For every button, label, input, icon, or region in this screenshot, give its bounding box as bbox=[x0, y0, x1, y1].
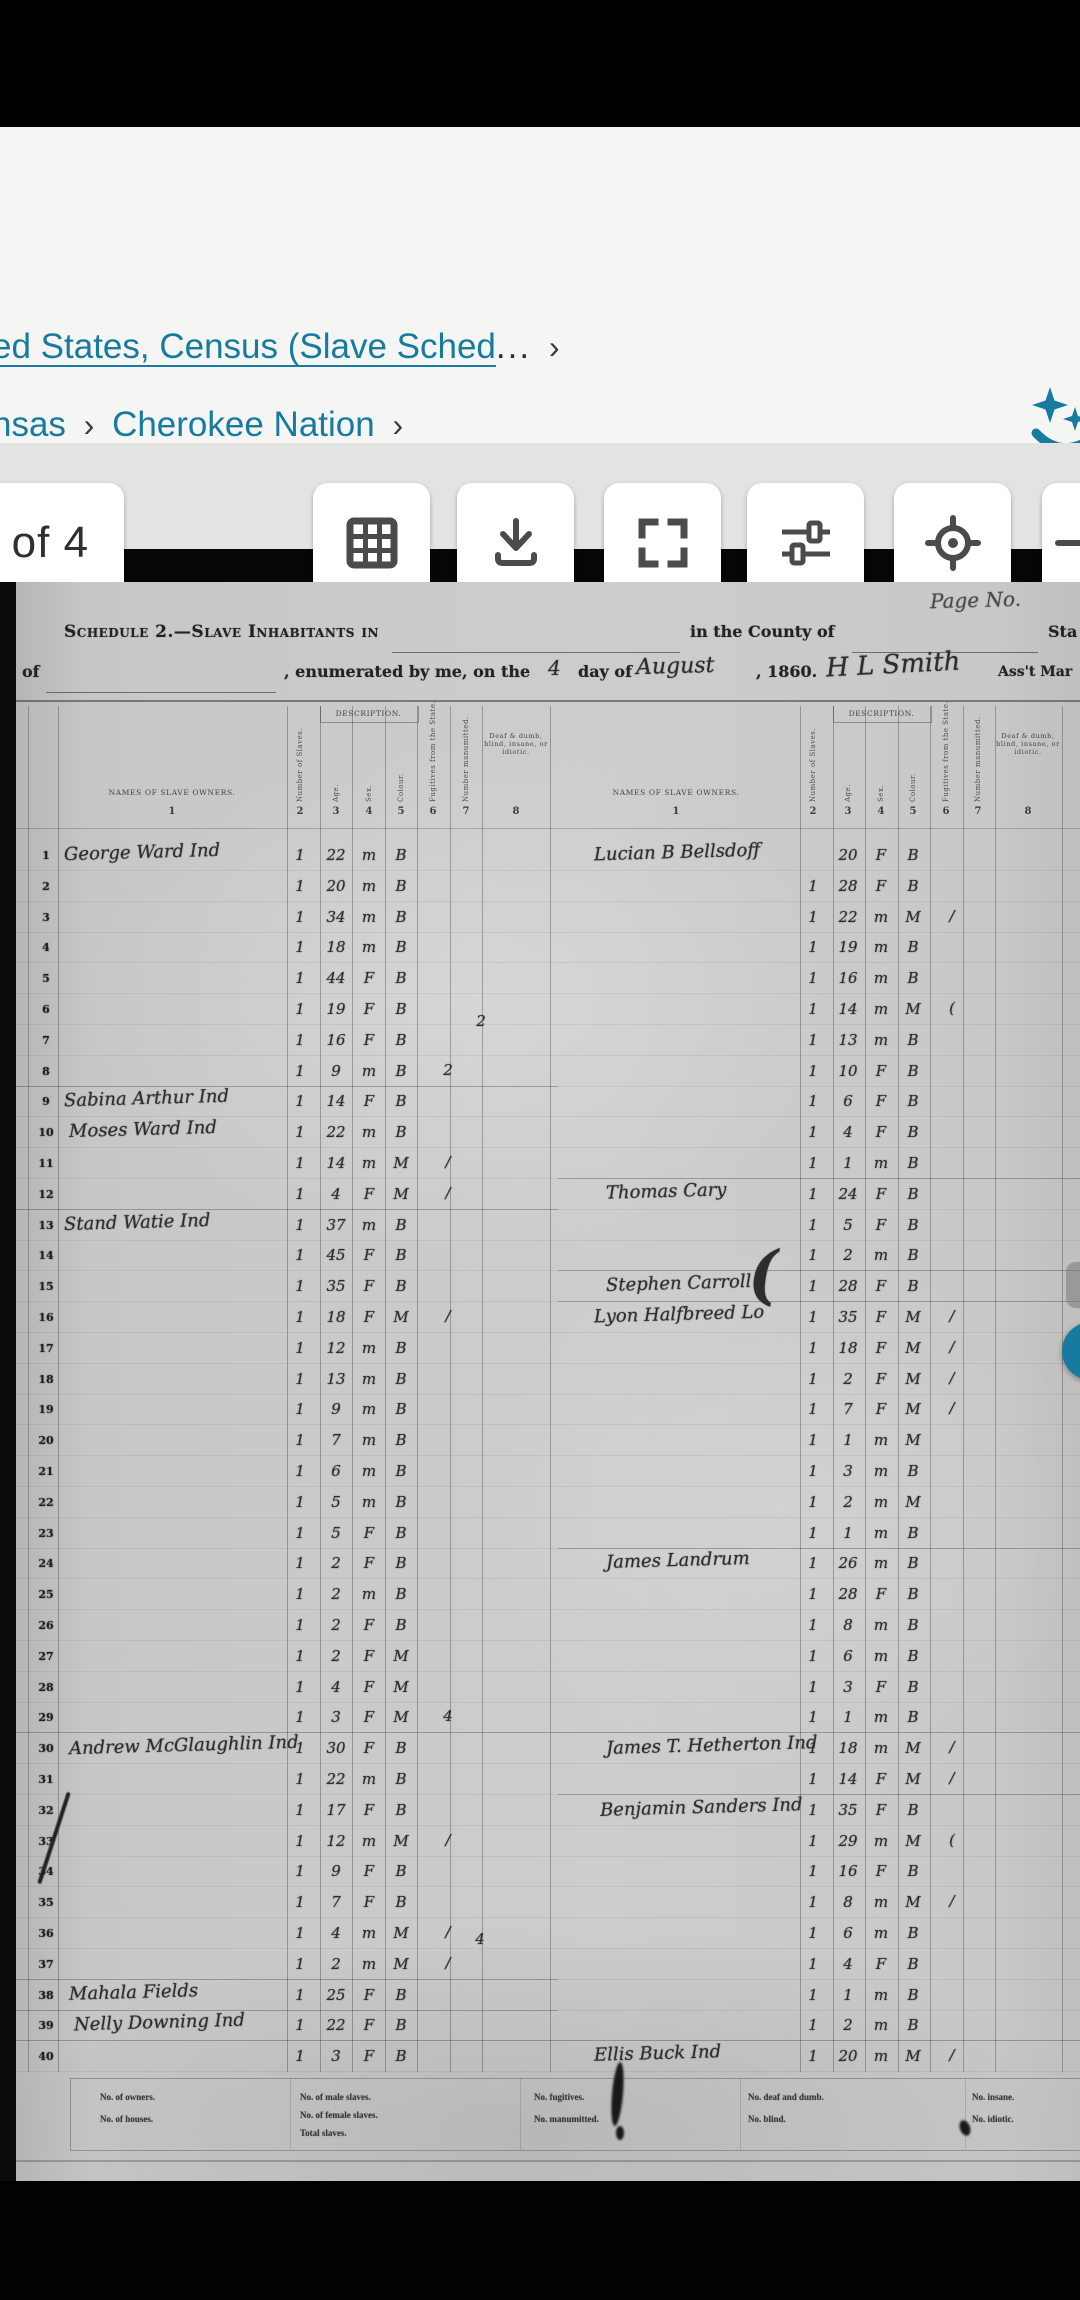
age-value: 4 bbox=[331, 1924, 341, 1942]
slave-entry-row bbox=[558, 1210, 1080, 1241]
age-value: 6 bbox=[843, 1647, 853, 1665]
age-value: 13 bbox=[326, 1370, 345, 1388]
row-number: 1 bbox=[42, 849, 50, 862]
color-value: M bbox=[393, 1647, 408, 1665]
color-value: M bbox=[905, 1493, 920, 1511]
sex-value: m bbox=[362, 1062, 376, 1080]
tally-mark: 1 bbox=[808, 1493, 818, 1511]
sex-value: m bbox=[874, 1616, 888, 1634]
age-value: 8 bbox=[843, 1616, 853, 1634]
county-label: in the County of bbox=[690, 622, 835, 641]
sex-value: F bbox=[364, 969, 374, 987]
age-value: 6 bbox=[843, 1924, 853, 1942]
color-value: M bbox=[393, 1924, 408, 1942]
row-number: 7 bbox=[42, 1034, 50, 1047]
color-value: B bbox=[395, 1031, 406, 1049]
footer-box-bottom bbox=[70, 2150, 1080, 2151]
slave-entry-row bbox=[16, 1148, 558, 1179]
breadcrumb-chevron-icon: › bbox=[384, 407, 411, 443]
tally-mark: 1 bbox=[295, 1616, 305, 1634]
row-number: 22 bbox=[38, 1496, 53, 1509]
extra-mark: 4 bbox=[443, 1707, 453, 1725]
age-value: 3 bbox=[843, 1462, 853, 1480]
footer-label: No. insane. bbox=[972, 2092, 1014, 2102]
tally-mark: 1 bbox=[808, 1000, 818, 1018]
slave-entry-row bbox=[558, 1240, 1080, 1271]
owner-name: Mahala Fields bbox=[69, 1980, 199, 2005]
sex-value: m bbox=[874, 1000, 888, 1018]
extra-mark: / bbox=[949, 1892, 954, 1910]
sex-value: F bbox=[364, 1616, 374, 1634]
slave-entry-row bbox=[558, 1487, 1080, 1518]
tally-mark: 1 bbox=[295, 1154, 305, 1172]
color-value: B bbox=[395, 1277, 406, 1295]
row-number: 39 bbox=[38, 2019, 53, 2032]
column-number: 7 bbox=[463, 806, 470, 817]
slave-entry-row bbox=[558, 1518, 1080, 1549]
slave-entry-row bbox=[558, 1148, 1080, 1179]
row-number: 24 bbox=[38, 1557, 53, 1570]
color-value: B bbox=[907, 877, 918, 895]
color-value: B bbox=[907, 1647, 918, 1665]
tally-mark: 1 bbox=[295, 1246, 305, 1264]
extra-mark: ( bbox=[949, 999, 955, 1017]
sex-value: m bbox=[362, 1832, 376, 1850]
slave-entry-row bbox=[16, 1672, 558, 1703]
state-label: Sta bbox=[1048, 622, 1077, 641]
slave-entry-row bbox=[558, 1672, 1080, 1703]
age-value: 45 bbox=[326, 1246, 345, 1264]
tally-mark: 1 bbox=[808, 1370, 818, 1388]
age-value: 8 bbox=[843, 1893, 853, 1911]
row-number: 11 bbox=[38, 1157, 53, 1170]
color-value: B bbox=[907, 1277, 918, 1295]
tally-mark: 1 bbox=[295, 1400, 305, 1418]
column-number: 4 bbox=[366, 806, 373, 817]
sex-value: m bbox=[874, 1493, 888, 1511]
age-value: 35 bbox=[838, 1308, 857, 1326]
column-label-rotated: Number of Slaves. bbox=[809, 724, 817, 802]
age-value: 20 bbox=[838, 846, 857, 864]
slave-entry-row bbox=[16, 1610, 558, 1641]
row-number: 9 bbox=[42, 1095, 50, 1108]
sex-value: F bbox=[876, 1585, 886, 1603]
color-value: B bbox=[907, 1616, 918, 1634]
tally-mark: 1 bbox=[295, 1739, 305, 1757]
tally-mark: 1 bbox=[808, 1277, 818, 1295]
tally-mark: 1 bbox=[808, 969, 818, 987]
color-value: M bbox=[393, 1955, 408, 1973]
age-value: 20 bbox=[326, 877, 345, 895]
slave-entry-row bbox=[16, 1056, 558, 1087]
page-bottom-rule bbox=[16, 2160, 1080, 2162]
tally-mark: 1 bbox=[295, 2047, 305, 2065]
sex-value: m bbox=[874, 938, 888, 956]
description-header: DESCRIPTION. bbox=[335, 709, 403, 718]
breadcrumb-link-state[interactable]: nsas bbox=[0, 405, 66, 444]
color-value: M bbox=[393, 1678, 408, 1696]
age-value: 4 bbox=[843, 1123, 853, 1141]
tally-mark: 1 bbox=[808, 1678, 818, 1696]
age-value: 5 bbox=[331, 1524, 341, 1542]
marshal-label: Ass't Mar bbox=[998, 664, 1072, 680]
color-value: B bbox=[907, 1986, 918, 2004]
sex-value: F bbox=[876, 1400, 886, 1418]
row-number: 38 bbox=[38, 1989, 53, 2002]
tally-mark: 1 bbox=[295, 846, 305, 864]
age-value: 9 bbox=[331, 1062, 341, 1080]
sex-value: m bbox=[362, 1431, 376, 1449]
age-value: 24 bbox=[838, 1185, 857, 1203]
color-value: B bbox=[907, 1924, 918, 1942]
header-band-rule bbox=[16, 828, 558, 829]
age-value: 20 bbox=[838, 2047, 857, 2065]
adjustments-icon bbox=[778, 515, 834, 571]
column-number: 3 bbox=[845, 806, 852, 817]
tally-mark: 1 bbox=[808, 1185, 818, 1203]
handwritten-mark: 2 bbox=[476, 1012, 486, 1030]
slave-entry-row bbox=[16, 1394, 558, 1425]
footer-box-top bbox=[70, 2078, 1080, 2079]
color-value: M bbox=[905, 1893, 920, 1911]
owner-name: Ellis Buck Ind bbox=[594, 2041, 722, 2066]
tally-mark: 1 bbox=[808, 1739, 818, 1757]
tally-mark: 1 bbox=[295, 938, 305, 956]
document-scan[interactable]: Page No.Schedule 2.—Slave Inhabitants in… bbox=[16, 582, 1080, 2181]
row-number: 35 bbox=[38, 1896, 53, 1909]
tally-mark: 1 bbox=[295, 1986, 305, 2004]
column-label-rotated: Colour. bbox=[909, 724, 917, 802]
tally-mark: 1 bbox=[295, 1678, 305, 1696]
row-number: 25 bbox=[38, 1588, 53, 1601]
slave-entry-row bbox=[558, 1456, 1080, 1487]
color-value: B bbox=[907, 1185, 918, 1203]
column-label-rotated: Number manumitted. bbox=[974, 724, 982, 802]
scan-bottom-edge bbox=[0, 2181, 1080, 2300]
column-label-rotated: Age. bbox=[332, 724, 340, 802]
slave-entry-row bbox=[558, 1579, 1080, 1610]
sex-value: m bbox=[874, 1647, 888, 1665]
tally-mark: 1 bbox=[295, 1708, 305, 1726]
owner-name: Thomas Cary bbox=[606, 1179, 727, 1203]
sex-value: m bbox=[362, 1462, 376, 1480]
extra-mark: / bbox=[949, 1769, 954, 1787]
slave-entry-row bbox=[558, 1333, 1080, 1364]
row-number: 31 bbox=[38, 1773, 53, 1786]
row-number: 29 bbox=[38, 1711, 53, 1724]
of-label: of bbox=[22, 662, 40, 681]
color-value: B bbox=[907, 1123, 918, 1141]
sex-value: F bbox=[876, 1062, 886, 1080]
row-number: 13 bbox=[38, 1219, 53, 1232]
slave-entry-row bbox=[16, 1333, 558, 1364]
slave-entry-row bbox=[558, 1610, 1080, 1641]
color-value: B bbox=[395, 1246, 406, 1264]
breadcrumb-line-1: ed States, Census (Slave Sched... › bbox=[0, 327, 567, 367]
deaf-dumb-column-label: Deaf & dumb, blind, insane, or idiotic. bbox=[996, 732, 1060, 756]
sex-value: F bbox=[876, 1339, 886, 1357]
age-value: 6 bbox=[843, 1092, 853, 1110]
age-value: 28 bbox=[838, 1277, 857, 1295]
color-value: B bbox=[395, 1524, 406, 1542]
breadcrumb-ellipsis: ... bbox=[496, 327, 531, 366]
slave-entry-row bbox=[558, 1949, 1080, 1980]
tally-mark: 1 bbox=[808, 877, 818, 895]
tally-mark: 1 bbox=[808, 1893, 818, 1911]
tally-mark: 1 bbox=[295, 1370, 305, 1388]
tally-mark: 1 bbox=[808, 1400, 818, 1418]
tally-mark: 1 bbox=[295, 1277, 305, 1295]
age-value: 18 bbox=[326, 938, 345, 956]
row-number: 14 bbox=[38, 1249, 53, 1262]
color-value: B bbox=[907, 1031, 918, 1049]
sex-value: m bbox=[362, 1585, 376, 1603]
color-value: B bbox=[395, 969, 406, 987]
row-number: 16 bbox=[38, 1311, 53, 1324]
tally-mark: 1 bbox=[295, 2016, 305, 2034]
color-value: B bbox=[907, 1801, 918, 1819]
deaf-dumb-column-label: Deaf & dumb, blind, insane, or idiotic. bbox=[484, 732, 548, 756]
slave-entry-row bbox=[16, 1764, 558, 1795]
sex-value: F bbox=[876, 1185, 886, 1203]
clipped-panel-edge bbox=[1066, 1262, 1080, 1308]
color-value: B bbox=[395, 2047, 406, 2065]
column-label-rotated: Fugitives from the State. bbox=[429, 724, 437, 802]
color-value: M bbox=[393, 1832, 408, 1850]
slave-entry-row bbox=[558, 1887, 1080, 1918]
slave-entry-row bbox=[16, 1887, 558, 1918]
tally-mark: 1 bbox=[295, 1431, 305, 1449]
tally-mark: 1 bbox=[295, 1893, 305, 1911]
tally-mark: 1 bbox=[808, 1062, 818, 1080]
footer-label: No. of owners. bbox=[100, 2092, 155, 2102]
age-value: 2 bbox=[843, 1370, 853, 1388]
tally-mark: 1 bbox=[295, 1585, 305, 1603]
slave-entry-row bbox=[558, 1980, 1080, 2011]
tally-mark: 1 bbox=[808, 1647, 818, 1665]
age-value: 44 bbox=[326, 969, 345, 987]
color-value: B bbox=[395, 1092, 406, 1110]
column-label-rotated: Number manumitted. bbox=[462, 724, 470, 802]
breadcrumb-link-collection[interactable]: ed States, Census (Slave Sched bbox=[0, 327, 496, 366]
color-value: M bbox=[905, 1431, 920, 1449]
age-value: 18 bbox=[838, 1739, 857, 1757]
row-number: 3 bbox=[42, 911, 50, 924]
slave-entry-row bbox=[16, 1548, 558, 1579]
age-value: 18 bbox=[838, 1339, 857, 1357]
sex-value: F bbox=[364, 1986, 374, 2004]
age-value: 14 bbox=[326, 1092, 345, 1110]
row-number: 23 bbox=[38, 1527, 53, 1540]
sex-value: F bbox=[876, 1277, 886, 1295]
day-of-label: day of bbox=[578, 662, 632, 681]
column-number: 1 bbox=[673, 806, 680, 817]
tally-mark: 1 bbox=[295, 1000, 305, 1018]
sex-value: m bbox=[362, 1370, 376, 1388]
age-value: 22 bbox=[838, 908, 857, 926]
sex-value: F bbox=[364, 1678, 374, 1696]
age-value: 18 bbox=[326, 1308, 345, 1326]
tally-mark: 1 bbox=[295, 1092, 305, 1110]
slave-entry-row bbox=[558, 871, 1080, 902]
header-band-rule bbox=[558, 828, 1080, 829]
color-value: B bbox=[395, 1585, 406, 1603]
breadcrumb-link-cherokee-nation[interactable]: Cherokee Nation bbox=[112, 405, 375, 444]
color-value: B bbox=[395, 1062, 406, 1080]
extra-mark: 2 bbox=[443, 1061, 453, 1079]
sex-value: m bbox=[874, 1154, 888, 1172]
tally-mark: 1 bbox=[295, 1493, 305, 1511]
partial-button-icon bbox=[1054, 515, 1080, 571]
slave-entry-row bbox=[558, 963, 1080, 994]
footer-divider bbox=[290, 2078, 291, 2150]
sex-value: F bbox=[364, 1801, 374, 1819]
age-value: 1 bbox=[843, 1431, 853, 1449]
age-value: 25 bbox=[326, 1986, 345, 2004]
tally-mark: 1 bbox=[295, 1524, 305, 1542]
grid-view-icon bbox=[344, 515, 400, 571]
footer-divider bbox=[965, 2078, 966, 2150]
tally-mark: 1 bbox=[808, 2016, 818, 2034]
row-number: 10 bbox=[38, 1126, 53, 1139]
age-value: 2 bbox=[331, 1647, 341, 1665]
tally-mark: 1 bbox=[808, 1431, 818, 1449]
row-number: 17 bbox=[38, 1342, 53, 1355]
names-column-header: NAMES OF SLAVE OWNERS. bbox=[591, 788, 761, 797]
age-value: 7 bbox=[331, 1893, 341, 1911]
extra-mark: / bbox=[949, 1399, 954, 1417]
age-value: 16 bbox=[838, 1862, 857, 1880]
marshal-signature: H L Smith bbox=[825, 647, 961, 684]
sex-value: m bbox=[874, 1524, 888, 1542]
color-value: B bbox=[907, 1708, 918, 1726]
slave-entry-row bbox=[558, 1425, 1080, 1456]
tally-mark: 1 bbox=[808, 2047, 818, 2065]
row-number: 26 bbox=[38, 1619, 53, 1632]
footer-label: No. blind. bbox=[748, 2114, 786, 2124]
row-number: 19 bbox=[38, 1403, 53, 1416]
age-value: 3 bbox=[331, 2047, 341, 2065]
tally-mark: 1 bbox=[808, 1924, 818, 1942]
tally-mark: 1 bbox=[295, 1801, 305, 1819]
footer-label: No. idiotic. bbox=[972, 2114, 1014, 2124]
breadcrumb: ed States, Census (Slave Sched... › nsas… bbox=[0, 127, 1080, 443]
row-number: 8 bbox=[42, 1065, 50, 1078]
pen-paren: ( bbox=[747, 1238, 779, 1314]
tally-mark: 1 bbox=[808, 1986, 818, 2004]
column-number: 4 bbox=[878, 806, 885, 817]
sex-value: F bbox=[364, 1000, 374, 1018]
owner-name: Stephen Carroll bbox=[606, 1271, 752, 1296]
color-value: B bbox=[395, 1739, 406, 1757]
age-value: 28 bbox=[838, 877, 857, 895]
slave-entry-row bbox=[558, 1117, 1080, 1148]
age-value: 2 bbox=[843, 1246, 853, 1264]
sex-value: m bbox=[874, 908, 888, 926]
age-value: 26 bbox=[838, 1554, 857, 1572]
sex-value: m bbox=[874, 1554, 888, 1572]
color-value: B bbox=[395, 1554, 406, 1572]
slave-entry-row bbox=[558, 1764, 1080, 1795]
color-value: M bbox=[905, 1400, 920, 1418]
column-number: 6 bbox=[943, 806, 950, 817]
age-value: 3 bbox=[331, 1708, 341, 1726]
sex-value: m bbox=[362, 1955, 376, 1973]
age-value: 16 bbox=[326, 1031, 345, 1049]
extra-mark: / bbox=[445, 1307, 450, 1325]
row-number: 20 bbox=[38, 1434, 53, 1447]
slave-entry-row bbox=[16, 1579, 558, 1610]
color-value: M bbox=[905, 908, 920, 926]
tally-mark: 1 bbox=[808, 1246, 818, 1264]
age-value: 22 bbox=[326, 2016, 345, 2034]
sex-value: F bbox=[364, 1647, 374, 1665]
tally-mark: 1 bbox=[295, 1462, 305, 1480]
column-label-rotated: Colour. bbox=[397, 724, 405, 802]
sex-value: F bbox=[364, 2016, 374, 2034]
status-bar bbox=[0, 0, 1080, 127]
sex-value: m bbox=[874, 1986, 888, 2004]
extra-mark: / bbox=[445, 1923, 450, 1941]
column-label-rotated: Age. bbox=[844, 724, 852, 802]
slave-entry-row bbox=[16, 1240, 558, 1271]
color-value: B bbox=[907, 1585, 918, 1603]
color-value: B bbox=[907, 1955, 918, 1973]
tally-mark: 1 bbox=[808, 1801, 818, 1819]
tally-mark: 1 bbox=[808, 1770, 818, 1788]
tally-mark: 1 bbox=[295, 1924, 305, 1942]
slave-entry-row bbox=[558, 1086, 1080, 1117]
slave-entry-row bbox=[16, 963, 558, 994]
color-value: M bbox=[905, 1739, 920, 1757]
age-value: 4 bbox=[843, 1955, 853, 1973]
slave-entry-row bbox=[16, 1364, 558, 1395]
row-number: 4 bbox=[42, 941, 50, 954]
age-value: 37 bbox=[326, 1216, 345, 1234]
color-value: M bbox=[905, 1308, 920, 1326]
row-number: 21 bbox=[38, 1465, 53, 1478]
color-value: B bbox=[395, 1801, 406, 1819]
age-value: 2 bbox=[331, 1955, 341, 1973]
column-number: 7 bbox=[975, 806, 982, 817]
sex-value: m bbox=[362, 1770, 376, 1788]
sex-value: F bbox=[364, 1554, 374, 1572]
color-value: B bbox=[907, 969, 918, 987]
footer-divider bbox=[740, 2078, 741, 2150]
color-value: B bbox=[395, 877, 406, 895]
column-label-rotated: Sex. bbox=[877, 724, 885, 802]
footer-label: Total slaves. bbox=[300, 2128, 347, 2138]
footer-label: No. fugitives. bbox=[534, 2092, 584, 2102]
age-value: 5 bbox=[331, 1493, 341, 1511]
color-value: B bbox=[395, 1462, 406, 1480]
slave-entry-row bbox=[558, 902, 1080, 933]
enumerated-label: , enumerated by me, on the bbox=[284, 662, 530, 681]
day-number-handwritten: 4 bbox=[548, 656, 561, 680]
slave-entry-row bbox=[558, 1826, 1080, 1857]
age-value: 19 bbox=[838, 938, 857, 956]
row-number: 32 bbox=[38, 1804, 53, 1817]
row-number: 5 bbox=[42, 972, 50, 985]
breadcrumb-chevron-icon: › bbox=[76, 407, 103, 443]
sex-value: m bbox=[874, 1739, 888, 1757]
slave-entry-row bbox=[16, 1702, 558, 1733]
slave-entry-row bbox=[558, 994, 1080, 1025]
fullscreen-icon bbox=[635, 515, 691, 571]
slave-entry-row bbox=[558, 1856, 1080, 1887]
age-value: 35 bbox=[838, 1801, 857, 1819]
slave-entry-row bbox=[16, 1302, 558, 1333]
